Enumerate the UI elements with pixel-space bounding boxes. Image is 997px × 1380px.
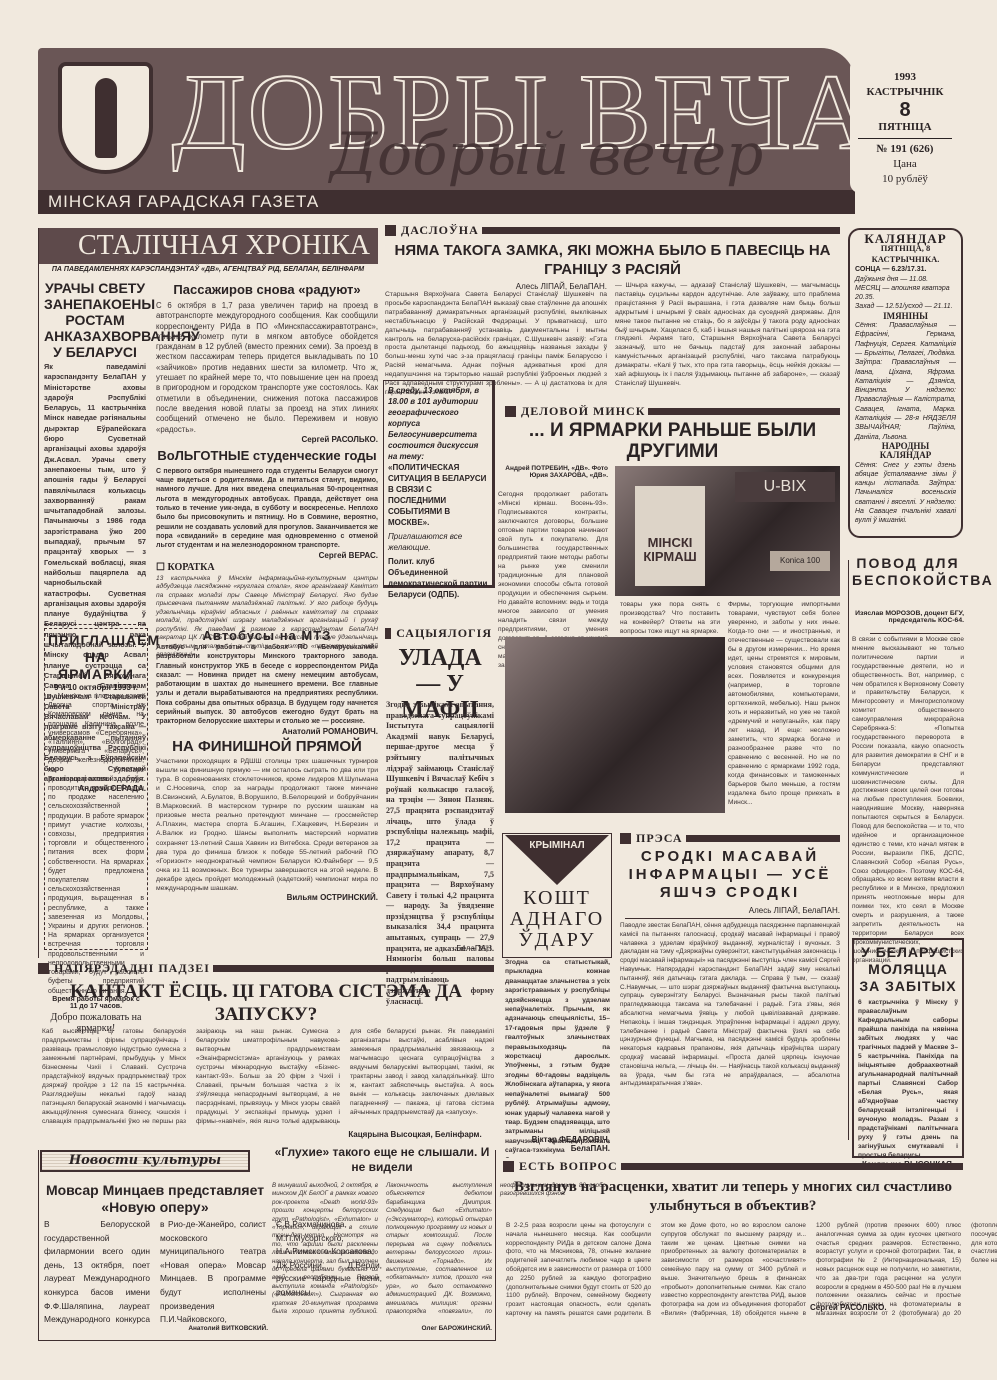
discussion-notice-box: В среду, 13 октября, в 18.00 в 101 аудит… <box>383 380 495 588</box>
photo-konica-box: Konica 100 <box>770 551 830 571</box>
question-author: Сергей РАСОЛЬКО. <box>810 1303 910 1312</box>
business-title: ... И ЯРМАРКИ РАНЬШЕ БЫЛИ ДРУГИМИ <box>505 420 840 462</box>
chronicle-sources: ПА ПАВЕДАМЛЕННЯХ КАРЭСПАНДЭНТАЎ «ДВ», АГ… <box>38 266 378 273</box>
article-passengers: Пассажиров снова «радуют» С 6 октября в … <box>156 280 378 660</box>
rubric-label: ПРЭСА <box>636 831 683 846</box>
rubric-question: ЕСТЬ ВОПРОС <box>503 1160 963 1173</box>
press-title: СРОДКІ МАСАВАЙ ІНФАРМАЦЫІ — УСЁ ЯШЧЭ СРО… <box>620 848 840 902</box>
events-title: КАНТАКТ ЁСЦЬ. ЦІ ГАТОВА СІСТЭМА ДА ЗАПУС… <box>38 980 494 1026</box>
notice-invitation: Приглашаются все желающие. <box>388 531 488 553</box>
article-body: С первого октября нынешнего года студент… <box>156 467 378 551</box>
events-author: Кацярына Высоцкая, Белінфарм. <box>340 1130 490 1139</box>
press-author: Алесь ЛІПАЙ, БелаПАН. <box>620 906 840 915</box>
ad-title: ПРИГЛАШАЕМ НА ЯРМАРКИ <box>48 632 144 683</box>
sociology-author: БелаПАН. <box>386 944 494 953</box>
article-body: Автобус для работы в забоях ПО «Беларусь… <box>156 643 378 727</box>
section-header-capital-chronicle: СТАЛІЧНАЯ ХРОНІКА <box>38 228 378 264</box>
article-author: Алесь ЛІПАЙ, БелаПАН. <box>385 282 607 291</box>
newspaper-subtitle: МІНСКАЯ ГАРАДСКАЯ ГАЗЕТА <box>48 192 319 212</box>
business-body-3: Фирмы, торгующие импортными товарами, чу… <box>728 600 840 807</box>
ad-dates: 9 и 10 октября 1993 г. <box>48 683 144 692</box>
calendar-day: ПЯТНІЦА, 8 КАСТРЫЧНІКА. <box>855 243 956 265</box>
article-title: Автобусы на МТЗ <box>156 628 378 643</box>
rubric-label: САЦЫЯЛОГІЯ <box>396 626 492 641</box>
column-rule <box>848 560 849 1140</box>
opera-author: Анатолий ВИТКОВСКИЙ. <box>160 1325 268 1332</box>
issue-weekday: ПЯТНІЦА <box>850 120 960 135</box>
article-author: Анатолий РОМАНОВИЧ. <box>156 727 378 736</box>
newspaper-script-title: Добрый вечер <box>330 120 763 188</box>
minsk-coat-of-arms-icon <box>58 62 153 174</box>
rubric-label: ЕСТЬ ВОПРОС <box>519 1159 618 1174</box>
price-label: Цана <box>850 157 960 172</box>
brief-label: ☐ КОРАТКА <box>156 562 378 573</box>
notice-organizer: Полит. клуб Объединенной демократической… <box>388 556 488 600</box>
rubric-press: ПРЭСА <box>620 832 840 845</box>
checkbox-square-icon: ☐ <box>156 562 167 573</box>
calendar-title: КАЛЯНДАР <box>855 234 956 243</box>
business-author: Андрей ПОТРЕБИН, «ДВ». Фото Юрия ЗАХАРОВ… <box>498 465 608 479</box>
column-rule <box>38 228 39 958</box>
article-author: Сергей РАСОЛЬКО. <box>156 435 378 444</box>
opera-body: В Белорусской государственной филармонии… <box>44 1218 266 1338</box>
concern-title: ПОВОД ДЛЯ БЕСПОКОЙСТВА <box>852 555 964 589</box>
rubric-label: ДЕЛОВОЙ МИНСК <box>521 404 645 419</box>
issue-year: 1993 <box>850 70 960 85</box>
crime-body: Згодна са статыстыкай, прыкладна кожнае … <box>505 958 610 1158</box>
rubric-label: ДАСЛОЎНА <box>401 223 479 238</box>
issue-date-box: 1993 КАСТРЫЧНІК 8 ПЯТНІЦА № 191 (626) Ца… <box>850 58 960 193</box>
crime-title: КОШТ АДНАГО ЎДАРУ <box>505 888 609 951</box>
question-title: Взглянув на расценки, хватит ли теперь у… <box>503 1178 963 1216</box>
ad-body: в г.Минске на площади возле Дворца спорт… <box>48 692 144 996</box>
article-body: С 6 октября в 1,7 раза увеличен тариф на… <box>156 301 378 435</box>
prayer-box: У БЕЛАРУСІ МОЛЯЦЦА ЗА ЗАБІТЫХ 6 кастрычн… <box>852 938 964 1158</box>
deaf-author: Олег БАРОЖИНСКИЙ. <box>380 1325 492 1332</box>
notice-text: В среду, 13 октября, в 18.00 в 101 аудит… <box>388 385 488 462</box>
rule <box>625 918 840 919</box>
notice-topic: «ПОЛИТИЧЕСКАЯ СИТУАЦИЯ В БЕЛАРУСИ В СВЯЗ… <box>388 462 488 528</box>
deaf-body: В минувший выходной, 2 октября, в минско… <box>272 1182 492 1322</box>
issue-price: 10 рублёў <box>850 172 960 187</box>
deaf-title: «Глухие» такого еще не слышали. И не вид… <box>270 1145 494 1175</box>
rubric-sociology: САЦЫЯЛОГІЯ <box>385 627 495 640</box>
namedays-text: Сёння: Праваслаўныя — Ефрасінні, Германа… <box>855 321 956 442</box>
issue-day: 8 <box>850 100 960 120</box>
dashed-rule <box>44 624 146 625</box>
opinion-col2: — Шчыра кажучы, — адказаў Станіслаў Шушк… <box>615 282 840 389</box>
opinion-title: НЯМА ТАКОГА ЗАМКА, ЯКІ МОЖНА БЫЛО Б ПАВЕ… <box>385 241 840 279</box>
fairs-ad-box: ПРИГЛАШАЕМ НА ЯРМАРКИ 9 и 10 октября 199… <box>44 628 148 950</box>
opera-title: Мовсар Минцаев представляет «Новую оперу… <box>40 1182 270 1216</box>
brief-label-text: КОРАТКА <box>167 562 214 573</box>
article-body: Участники проходящих в РДШШ столицы трех… <box>156 757 378 893</box>
article-author: Вильям ОСТРИНСКИЙ. <box>156 893 378 902</box>
article-buses: Автобусы на МТЗ Автобус для работы в заб… <box>156 628 378 902</box>
crime-badge: КРЫМІНАЛ <box>525 840 589 851</box>
prayer-title: У БЕЛАРУСІ МОЛЯЦЦА ЗА ЗАБІТЫХ <box>858 944 958 995</box>
photo-sign-minsk-fair: МІНСКІ КІРМАШ <box>635 486 705 586</box>
issue-month: КАСТРЫЧНІК <box>850 85 960 100</box>
rubric-business-minsk: ДЕЛОВОЙ МИНСК <box>505 405 840 418</box>
rule <box>870 633 960 634</box>
article-title: Пассажиров снова «радуют» <box>156 282 378 297</box>
article-title: НА ФИНИШНОЙ ПРЯМОЙ <box>156 738 378 755</box>
folk-calendar-title: НАРОДНЫ КАЛЯНДАР <box>855 442 956 461</box>
photo-bicycles-exhibit <box>505 637 725 813</box>
rubric-label: НАПЯРЭДАДНІ ПАДЗЕІ <box>54 961 210 976</box>
day-length: Даўжыня дня — 11.08. <box>855 275 956 284</box>
prayer-body: 6 кастрычніка ў Мінску ў праваслаўным Ка… <box>858 998 958 1160</box>
issue-number: № 191 (626) <box>850 142 960 157</box>
folk-calendar-text: Сёння: Снег у гэты дзень абяцае ўсталява… <box>855 461 956 526</box>
rubric-events: НАПЯРЭДАДНІ ПАДЗЕІ <box>38 962 494 975</box>
photo-sign-ubix: U-BIX <box>735 472 835 502</box>
concern-author: Изяслав МОРОЗОВ, доцент БГУ, председател… <box>852 610 964 624</box>
concern-body: В связи с событиями в Москве свое мнение… <box>852 636 964 966</box>
article-title: УРАЧЫ СВЕТУ ЗАНЕПАКОЕНЫ РОСТАМ АНКАЗАХВО… <box>44 280 146 360</box>
moon-phase: МЕСЯЦ — апошняя кватэра 20.35. <box>855 284 956 303</box>
crime-author: Віктар ФЕДАРОВІЧ, БелаПАН. <box>505 1135 610 1153</box>
sunrise-sunset: СОНЦА — 6.23/17.31. <box>855 265 956 274</box>
article-author: Сергей ВЕРАС. <box>156 551 378 560</box>
namedays-title: ІМЯНІНЫ <box>855 312 956 321</box>
rubric-daslouna: ДАСЛОЎНА <box>385 224 840 237</box>
events-body: Каб высветліць, ці гатовы беларускія пра… <box>42 1027 494 1145</box>
photo-fair-stand: U-BIX МІНСКІ КІРМАШ Konica 100 <box>615 466 840 596</box>
calendar-box: КАЛЯНДАР ПЯТНІЦА, 8 КАСТРЫЧНІКА. СОНЦА —… <box>848 228 963 538</box>
press-body: Паводле звестак БелаПАН, сёння адбудзецц… <box>620 922 840 1089</box>
article-title: ВоЛЬГОТНЫЕ студенческие годы <box>156 448 378 463</box>
business-body-2: товары уже пора снять с производства? Чт… <box>620 600 720 636</box>
